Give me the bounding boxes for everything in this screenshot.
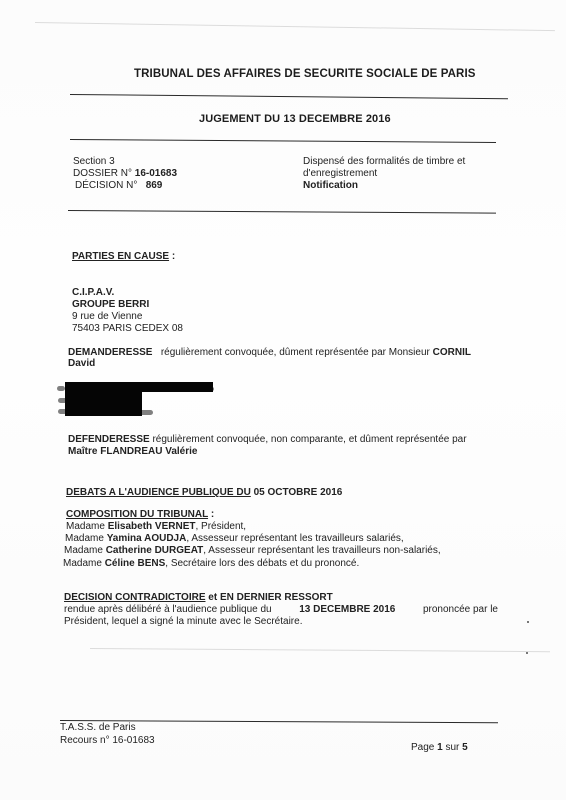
plaintiff-representative-firstname: David	[68, 358, 95, 370]
decision-line2: Président, lequel a signé la minute avec…	[64, 616, 302, 628]
page-total: 5	[462, 742, 468, 753]
decision-heading-rest: et EN DERNIER RESSORT	[206, 592, 333, 603]
page-current: 1	[437, 742, 443, 753]
scan-artifact	[90, 648, 550, 652]
redaction-bar	[65, 391, 142, 416]
plaintiff-representative-surname: CORNIL	[433, 347, 471, 358]
member-title: Madame	[66, 521, 105, 532]
decision-line: DÉCISION N° 869	[75, 180, 162, 192]
section-label: Section 3	[73, 156, 115, 168]
member-title: Madame	[65, 533, 104, 544]
decision-heading-underlined: DECISION CONTRADICTOIRE	[64, 592, 206, 603]
stamp-exemption-line1: Dispensé des formalités de timbre et	[303, 156, 465, 168]
defendant-representative-name: Maître FLANDREAU Valérie	[68, 446, 197, 457]
decision-number: 869	[146, 180, 163, 191]
page-label: Page	[411, 742, 434, 753]
parties-heading-colon: :	[169, 251, 175, 262]
case-info-divider	[68, 210, 496, 214]
scan-speck	[527, 621, 529, 623]
plaintiff-role: DEMANDERESSE	[68, 347, 152, 358]
member-name: Céline BENS	[105, 558, 166, 569]
scan-speck	[526, 652, 528, 654]
composition-member: Madame Elisabeth VERNET, Président,	[66, 521, 246, 533]
composition-member: Madame Céline BENS, Secrétaire lors des …	[63, 558, 359, 570]
footer-court: T.A.S.S. de Paris	[60, 722, 136, 734]
parties-heading: PARTIES EN CAUSE :	[72, 251, 175, 263]
decision-date: 13 DECEMBRE 2016	[299, 604, 395, 616]
defendant-representative: Maître FLANDREAU Valérie	[68, 446, 197, 458]
page-indicator: Page 1 sur 5	[411, 742, 468, 754]
plaintiff-name: C.I.P.A.V.	[72, 287, 114, 299]
composition-heading-line: COMPOSITION DU TRIBUNAL :	[66, 509, 214, 521]
hearing-line: DEBATS A L'AUDIENCE PUBLIQUE DU 05 OCTOB…	[66, 487, 342, 499]
member-name: Yamina AOUDJA	[107, 533, 187, 544]
dossier-line: DOSSIER N° 16-01683	[73, 168, 177, 180]
plaintiff-group: GROUPE BERRI	[72, 299, 149, 311]
hearing-date: 05 OCTOBRE 2016	[254, 487, 343, 498]
plaintiff-description: régulièrement convoquée, dûment représen…	[161, 347, 430, 358]
plaintiff-street: 9 rue de Vienne	[72, 311, 142, 323]
notification-label: Notification	[303, 180, 358, 192]
member-role: , Assesseur représentant les travailleur…	[186, 533, 403, 544]
decision-heading-line: DECISION CONTRADICTOIRE et EN DERNIER RE…	[64, 592, 333, 604]
member-title: Madame	[63, 558, 102, 569]
composition-member: Madame Yamina AOUDJA, Assesseur représen…	[65, 533, 404, 545]
defendant-role-line: DEFENDERESSE régulièrement convoquée, no…	[68, 434, 467, 446]
scan-artifact	[35, 22, 555, 31]
judgment-divider	[70, 139, 496, 143]
composition-member: Madame Catherine DURGEAT, Assesseur repr…	[64, 545, 441, 557]
dossier-number: 16-01683	[135, 168, 177, 179]
defendant-role: DEFENDERESSE	[68, 434, 150, 445]
court-title: TRIBUNAL DES AFFAIRES DE SECURITE SOCIAL…	[134, 68, 476, 80]
member-role: , Assesseur représentant les travailleur…	[203, 545, 440, 556]
defendant-description: régulièrement convoquée, non comparante,…	[152, 434, 466, 445]
judgment-title: JUGEMENT DU 13 DECEMBRE 2016	[199, 113, 391, 125]
decision-line1-end: prononcée par le	[423, 604, 498, 616]
parties-heading-text: PARTIES EN CAUSE	[72, 251, 169, 262]
stamp-exemption-line2: d'enregistrement	[303, 168, 377, 180]
composition-heading-colon: :	[208, 509, 214, 520]
member-title: Madame	[64, 545, 103, 556]
footer-recours: Recours n° 16-01683	[60, 735, 155, 747]
page-sep: sur	[445, 742, 459, 753]
composition-heading: COMPOSITION DU TRIBUNAL	[66, 509, 208, 520]
hearing-heading: DEBATS A L'AUDIENCE PUBLIQUE DU	[66, 487, 251, 498]
decision-label: DÉCISION N°	[75, 180, 137, 191]
member-role: , Président,	[196, 521, 247, 532]
decision-line1: rendue après délibéré à l'audience publi…	[64, 604, 498, 616]
plaintiff-city: 75403 PARIS CEDEX 08	[72, 323, 183, 335]
header-divider	[70, 94, 508, 99]
plaintiff-role-line: DEMANDERESSE régulièrement convoquée, dû…	[68, 347, 471, 359]
decision-line1-start: rendue après délibéré à l'audience publi…	[64, 604, 272, 616]
member-name: Catherine DURGEAT	[106, 545, 204, 556]
redaction-smudge	[57, 386, 65, 391]
member-role: , Secrétaire lors des débats et du prono…	[165, 558, 359, 569]
document-page: TRIBUNAL DES AFFAIRES DE SECURITE SOCIAL…	[0, 0, 566, 800]
member-name: Elisabeth VERNET	[108, 521, 196, 532]
dossier-label: DOSSIER N°	[73, 168, 132, 179]
